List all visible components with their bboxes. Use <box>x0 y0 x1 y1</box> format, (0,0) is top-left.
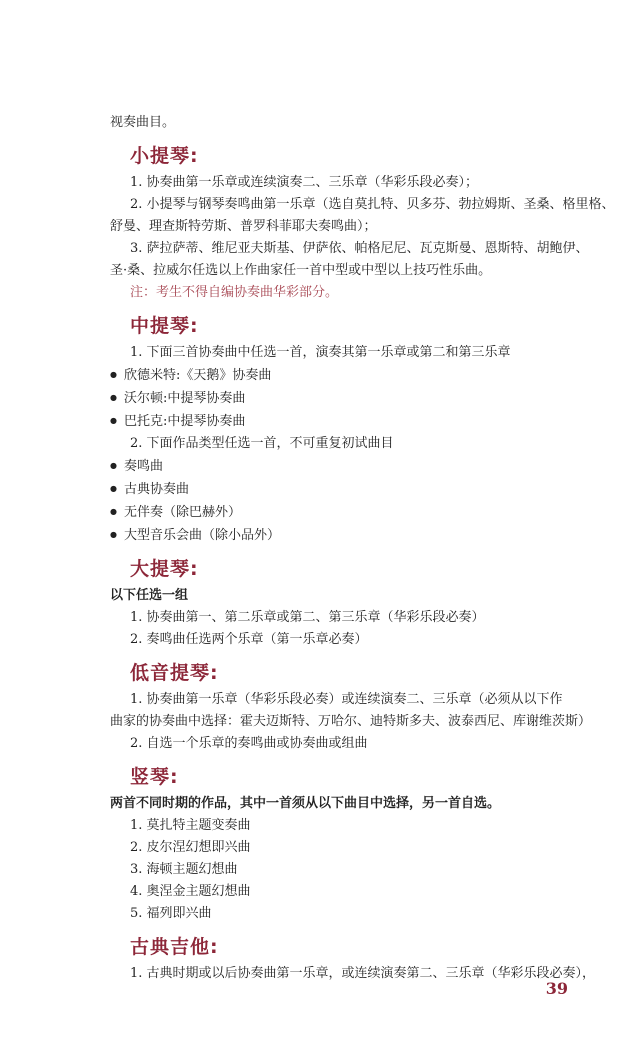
bullet-item: ●无伴奏（除巴赫外） <box>110 501 572 524</box>
bullet-item: ●古典协奏曲 <box>110 478 572 501</box>
numbered-item: 2. 皮尔涅幻想即兴曲 <box>110 837 572 859</box>
numbered-item: 1. 古典时期或以后协奏曲第一乐章，或连续演奏第二、三乐章（华彩乐段必奏）， <box>110 963 572 985</box>
bullet-icon: ● <box>110 478 117 500</box>
section-heading: 古典吉他: <box>130 935 572 959</box>
bold-instruction: 两首不同时期的作品，其中一首须从以下曲目中选择，另一首自选。 <box>110 793 572 815</box>
numbered-item: 1. 协奏曲第一乐章（华彩乐段必奏）或连续演奏二、三乐章（必须从以下作 <box>110 689 572 711</box>
numbered-item: 1. 协奏曲第一乐章或连续演奏二、三乐章（华彩乐段必奏）； <box>110 172 572 194</box>
numbered-item: 4. 奥涅金主题幻想曲 <box>110 881 572 903</box>
bullet-item: ●欣德米特:《天鹅》协奏曲 <box>110 364 572 387</box>
section-heading: 中提琴: <box>130 314 572 338</box>
numbered-item: 2. 自选一个乐章的奏鸣曲或协奏曲或组曲 <box>110 733 572 755</box>
numbered-item: 2. 下面作品类型任选一首，不可重复初试曲目 <box>110 433 572 455</box>
document-body: 视奏曲目。 小提琴:1. 协奏曲第一乐章或连续演奏二、三乐章（华彩乐段必奏）；2… <box>110 112 572 985</box>
note-text: 注：考生不得自编协奏曲华彩部分。 <box>110 282 572 304</box>
numbered-item: 3. 海顿主题幻想曲 <box>110 859 572 881</box>
numbered-item: 5. 福列即兴曲 <box>110 903 572 925</box>
bullet-text: 大型音乐会曲（除小品外） <box>124 528 280 543</box>
bullet-icon: ● <box>110 455 117 477</box>
numbered-item: 1. 下面三首协奏曲中任选一首，演奏其第一乐章或第二和第三乐章 <box>110 342 572 364</box>
bullet-text: 沃尔顿:中提琴协奏曲 <box>124 391 245 406</box>
page-number: 39 <box>546 979 568 998</box>
bullet-text: 无伴奏（除巴赫外） <box>124 505 241 520</box>
bullet-icon: ● <box>110 387 117 409</box>
continuation-line: 曲家的协奏曲中选择：霍夫迈斯特、万哈尔、迪特斯多夫、波泰西尼、库谢维茨斯） <box>110 711 572 733</box>
section-heading: 低音提琴: <box>130 661 572 685</box>
section-heading: 竖琴: <box>130 765 572 789</box>
intro-paragraph: 视奏曲目。 <box>110 112 572 134</box>
bullet-icon: ● <box>110 501 117 523</box>
section-heading: 小提琴: <box>130 144 572 168</box>
bold-instruction: 以下任选一组 <box>110 585 572 607</box>
numbered-item: 2. 小提琴与钢琴奏鸣曲第一乐章（选自莫扎特、贝多芬、勃拉姆斯、圣桑、格里格、 <box>110 194 572 216</box>
bullet-icon: ● <box>110 364 117 386</box>
bullet-icon: ● <box>110 524 117 546</box>
numbered-item: 1. 协奏曲第一、第二乐章或第二、第三乐章（华彩乐段必奏） <box>110 607 572 629</box>
numbered-item: 3. 萨拉萨蒂、维尼亚夫斯基、伊萨依、帕格尼尼、瓦克斯曼、恩斯特、胡鲍伊、 <box>110 238 572 260</box>
bullet-item: ●巴托克:中提琴协奏曲 <box>110 410 572 433</box>
bullet-text: 古典协奏曲 <box>124 482 189 497</box>
numbered-item: 2. 奏鸣曲任选两个乐章（第一乐章必奏） <box>110 629 572 651</box>
bullet-text: 欣德米特:《天鹅》协奏曲 <box>124 368 271 383</box>
bullet-item: ●沃尔顿:中提琴协奏曲 <box>110 387 572 410</box>
numbered-item: 1. 莫扎特主题变奏曲 <box>110 815 572 837</box>
bullet-text: 巴托克:中提琴协奏曲 <box>124 414 245 429</box>
continuation-line: 圣·桑、拉威尔任选以上作曲家任一首中型或中型以上技巧性乐曲。 <box>110 260 572 282</box>
continuation-line: 舒曼、理查斯特劳斯、普罗科菲耶夫奏鸣曲）； <box>110 216 572 238</box>
bullet-item: ●奏鸣曲 <box>110 455 572 478</box>
section-heading: 大提琴: <box>130 557 572 581</box>
bullet-text: 奏鸣曲 <box>124 459 163 474</box>
bullet-item: ●大型音乐会曲（除小品外） <box>110 524 572 547</box>
bullet-icon: ● <box>110 410 117 432</box>
